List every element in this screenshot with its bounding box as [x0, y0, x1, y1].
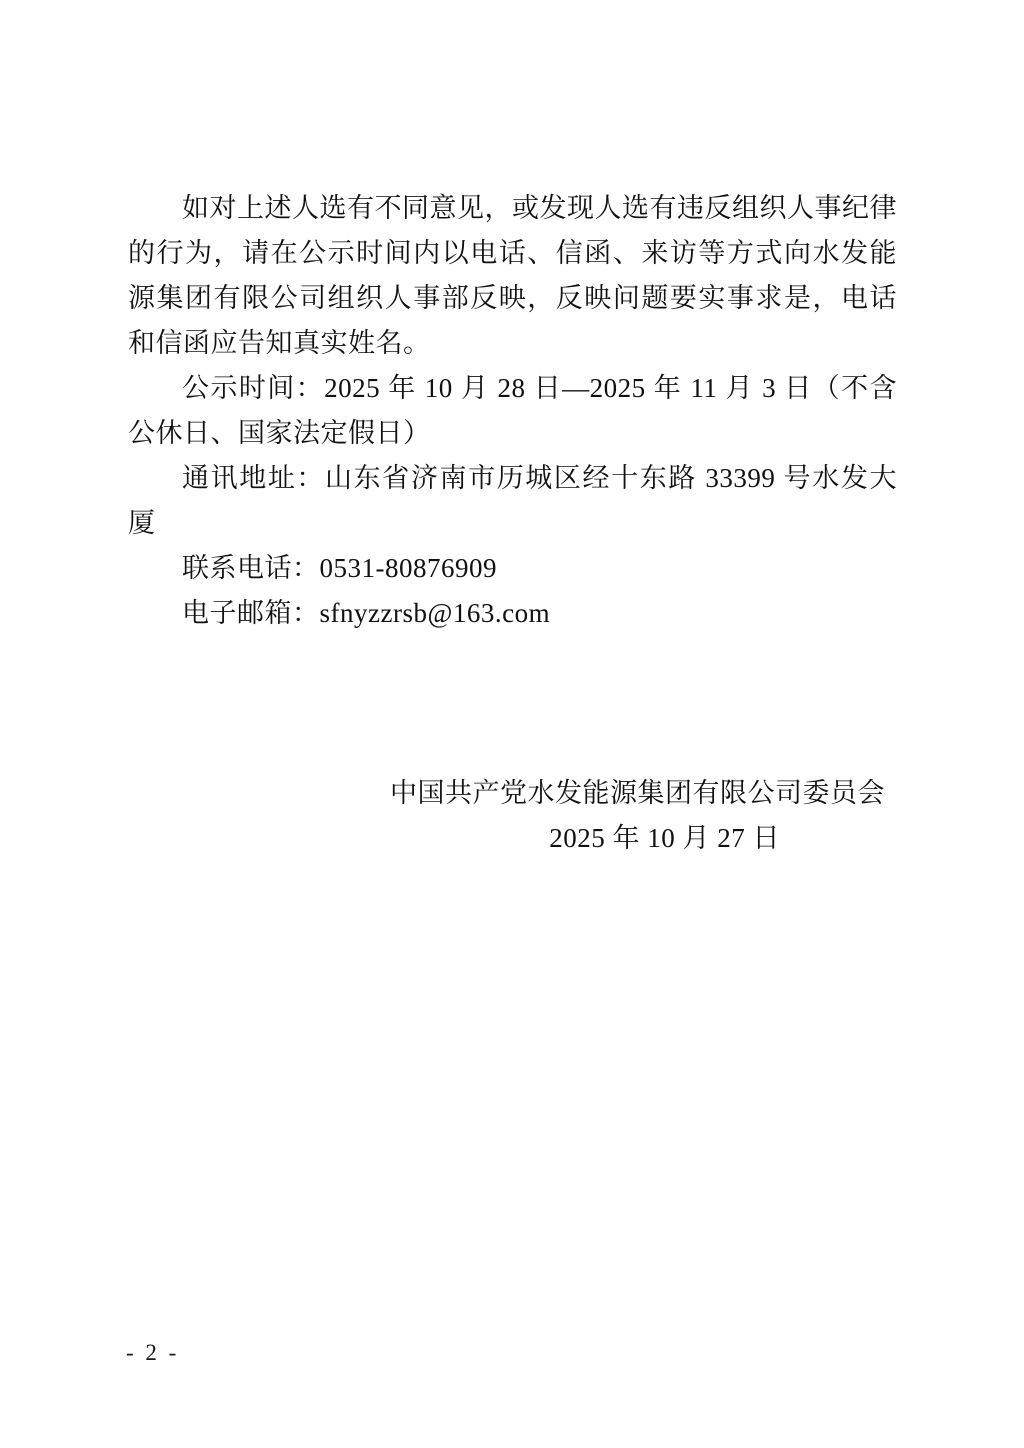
- notice-paragraph: 如对上述人选有不同意见，或发现人选有违反组织人事纪律的行为，请在公示时间内以电话…: [128, 186, 897, 366]
- contact-phone-line: 联系电话：0531-80876909: [128, 546, 897, 591]
- mailing-address-line: 通讯地址：山东省济南市历城区经十东路 33399 号水发大厦: [128, 456, 897, 546]
- signature-block: 中国共产党水发能源集团有限公司委员会 2025 年 10 月 27 日: [128, 771, 897, 861]
- page-number: - 2 -: [126, 1340, 179, 1366]
- document-body: 如对上述人选有不同意见，或发现人选有违反组织人事纪律的行为，请在公示时间内以电话…: [128, 186, 897, 861]
- signature-date: 2025 年 10 月 27 日: [128, 816, 897, 861]
- document-page: 如对上述人选有不同意见，或发现人选有违反组织人事纪律的行为，请在公示时间内以电话…: [0, 0, 1024, 1448]
- email-line: 电子邮箱：sfnyzzrsb@163.com: [128, 591, 897, 636]
- publicity-period-line: 公示时间：2025 年 10 月 28 日—2025 年 11 月 3 日（不含…: [128, 366, 897, 456]
- signature-organization: 中国共产党水发能源集团有限公司委员会: [128, 771, 897, 816]
